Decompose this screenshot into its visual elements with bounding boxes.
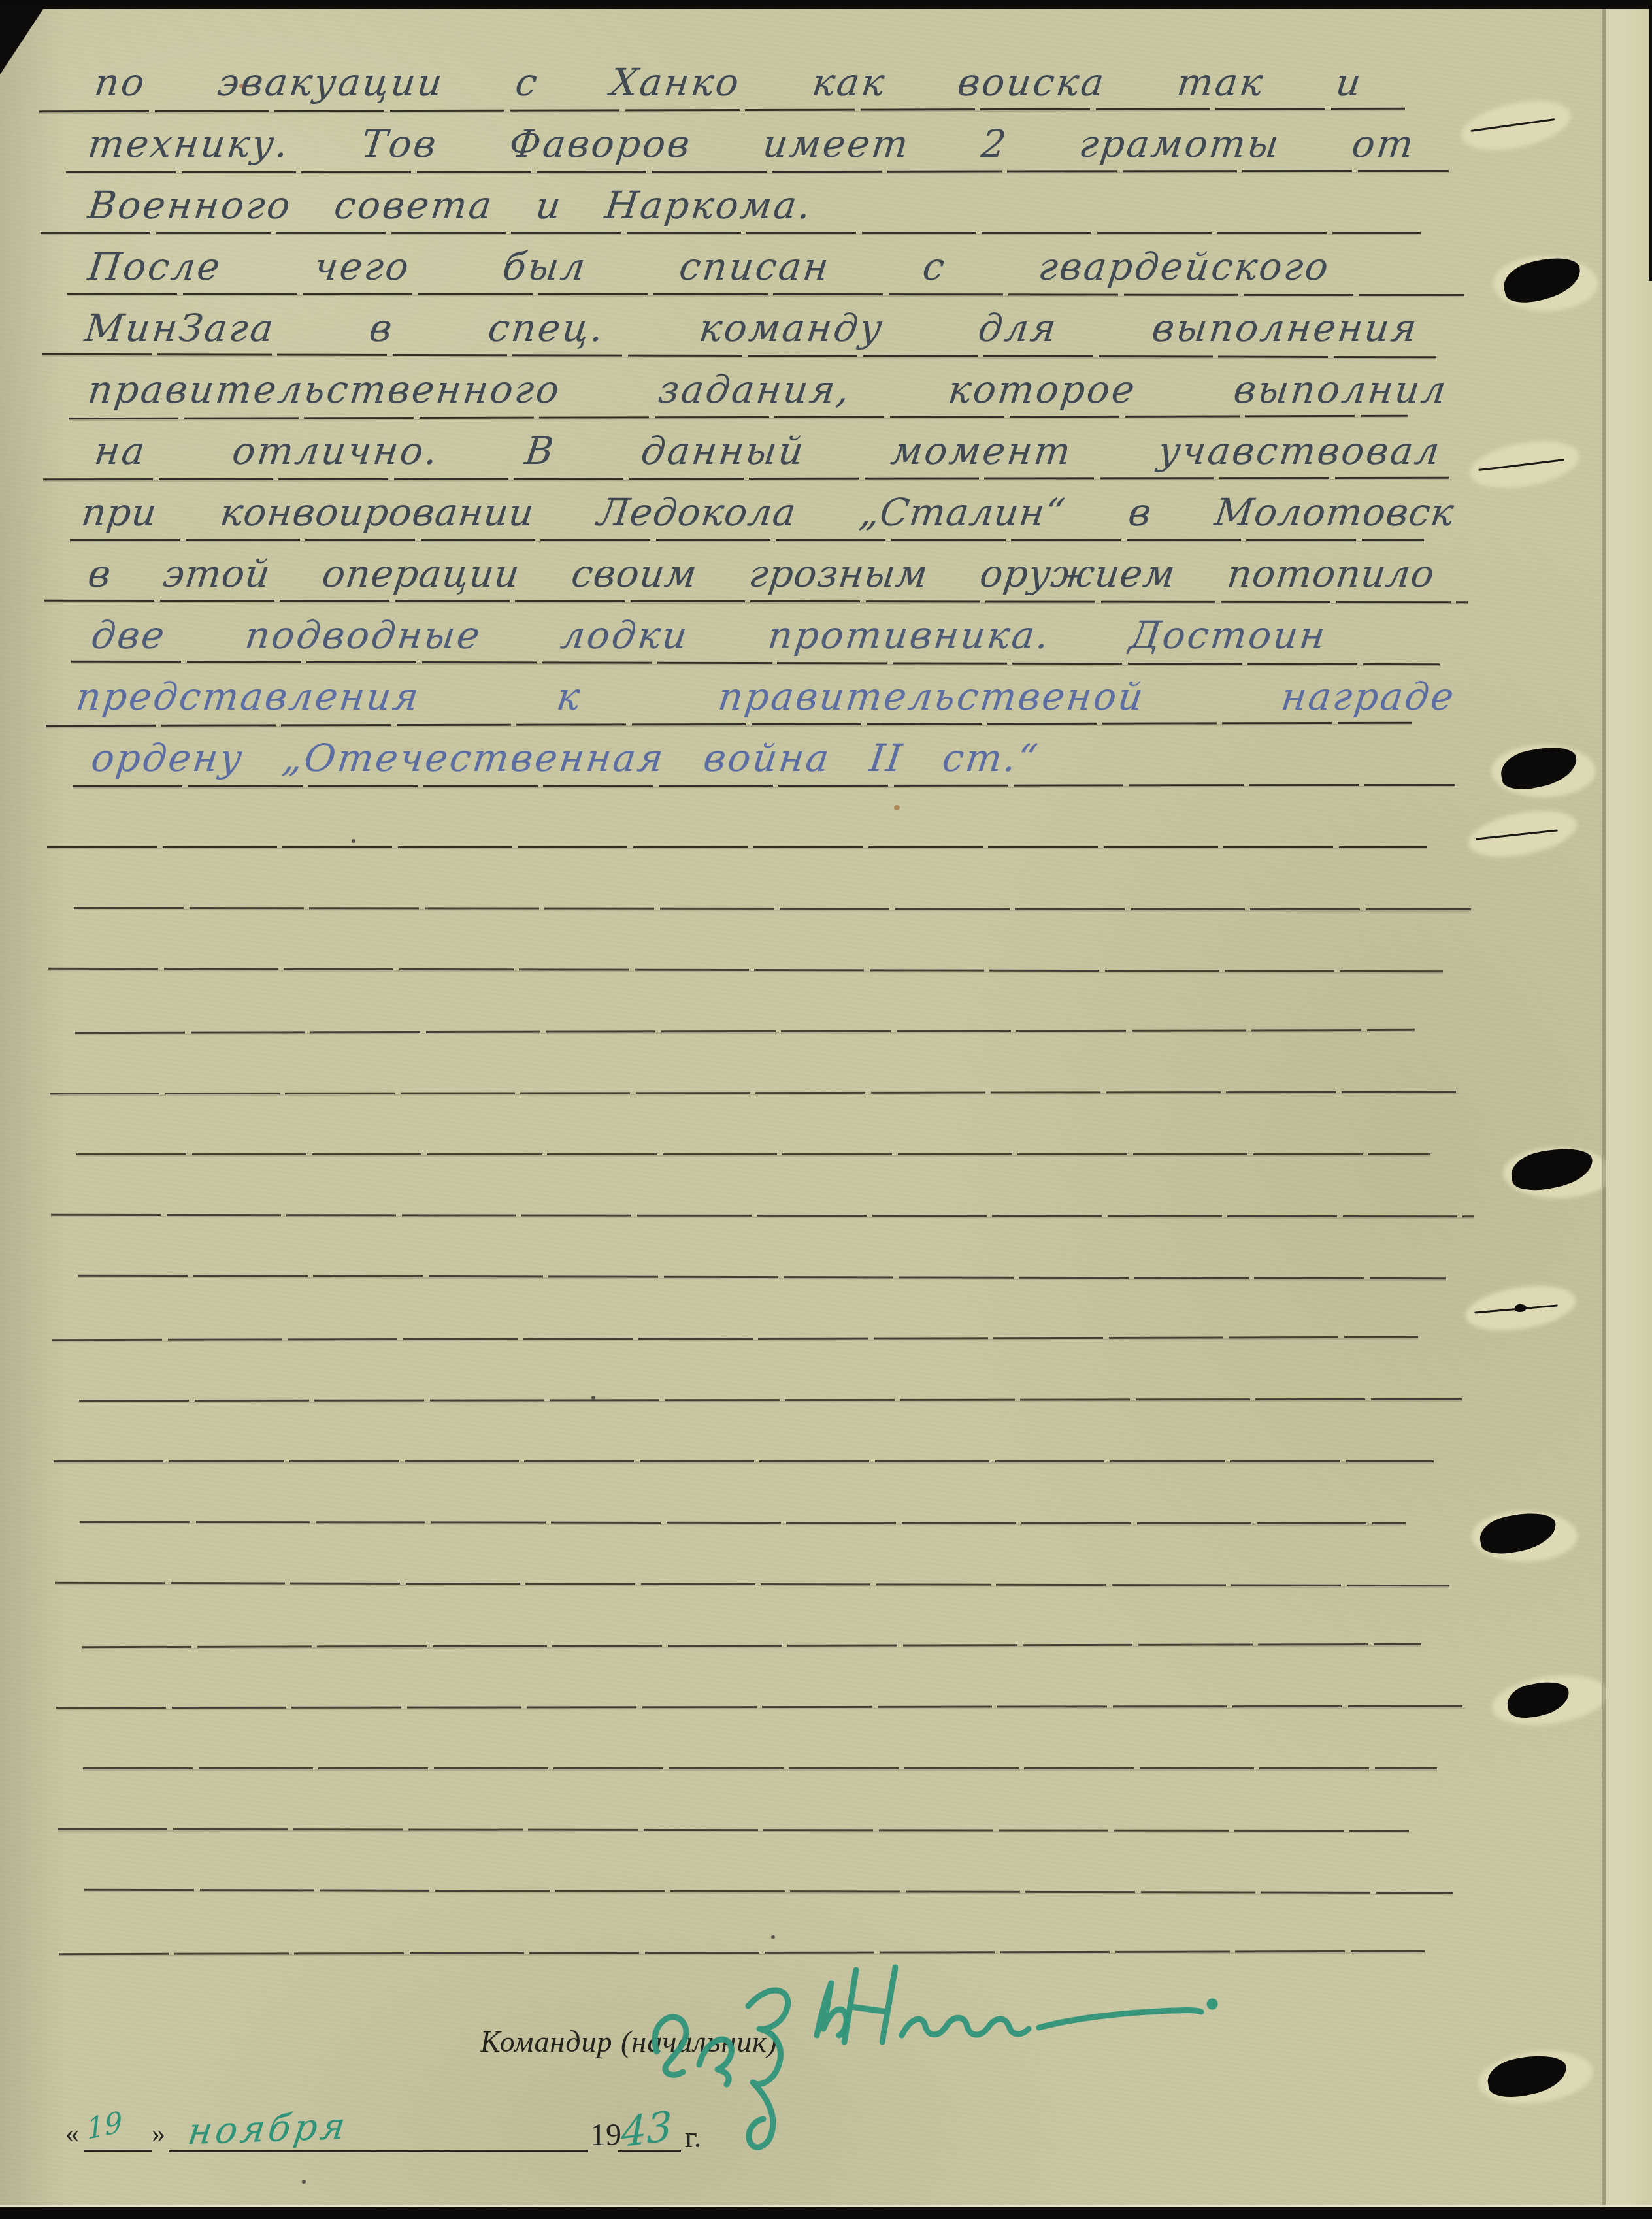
handwritten-year-suffix: 43: [621, 2101, 672, 2157]
signature-scrawl: [621, 1944, 1274, 2166]
paper-stain: [239, 84, 244, 88]
scan-edge-bottom: [0, 2207, 1652, 2219]
handwritten-line: по эвакуации с Ханко как воиска так и: [91, 55, 1366, 110]
paper-stain: [352, 839, 355, 843]
handwritten-line: представления к правительственой награде: [73, 669, 1459, 724]
paper-stain: [302, 2180, 306, 2184]
scan-edge-right: [1649, 0, 1652, 281]
page-fold-edge: [1602, 0, 1652, 2219]
handwritten-month: ноября: [185, 2105, 351, 2154]
printed-year-prefix: 19: [590, 2117, 621, 2153]
scan-corner-shadow: [0, 9, 43, 74]
handwritten-line: две подводные лодки противника. Достоин: [88, 608, 1330, 663]
handwritten-line: при конвоировании Ледокола „Сталин“ в Мо…: [78, 485, 1457, 540]
handwritten-line: правительственного задания, которое выпо…: [85, 362, 1451, 417]
handwritten-day: 19: [86, 2105, 124, 2146]
day-underline: [84, 2150, 152, 2152]
handwritten-line: в этой операции своим грозным оружием по…: [85, 546, 1438, 601]
handwritten-line: Военного совета и Наркома.: [85, 178, 941, 233]
paper-stain: [894, 805, 900, 810]
scan-edge-top: [0, 0, 1652, 9]
close-quote: »: [152, 2118, 165, 2150]
open-quote: «: [65, 2118, 79, 2150]
year-unit: г.: [685, 2120, 701, 2154]
handwritten-line: ордену „Отечественная война II ст.“: [88, 731, 1042, 785]
scanned-document-page: по эвакуации с Ханко как воиска так и те…: [0, 0, 1652, 2219]
handwritten-line: на отлично. В данный момент учавствовал: [91, 423, 1444, 478]
handwritten-line: После чего был списан с гвардейского: [85, 239, 1333, 294]
handwritten-line: МинЗага в спец. команду для выполнения: [82, 301, 1421, 355]
year-underline: [618, 2150, 681, 2152]
handwritten-line: технику. Тов Фаворов имеет 2 грамоты от: [85, 116, 1418, 171]
paper-stain: [771, 1935, 775, 1939]
paper-stain: [591, 1396, 595, 1400]
